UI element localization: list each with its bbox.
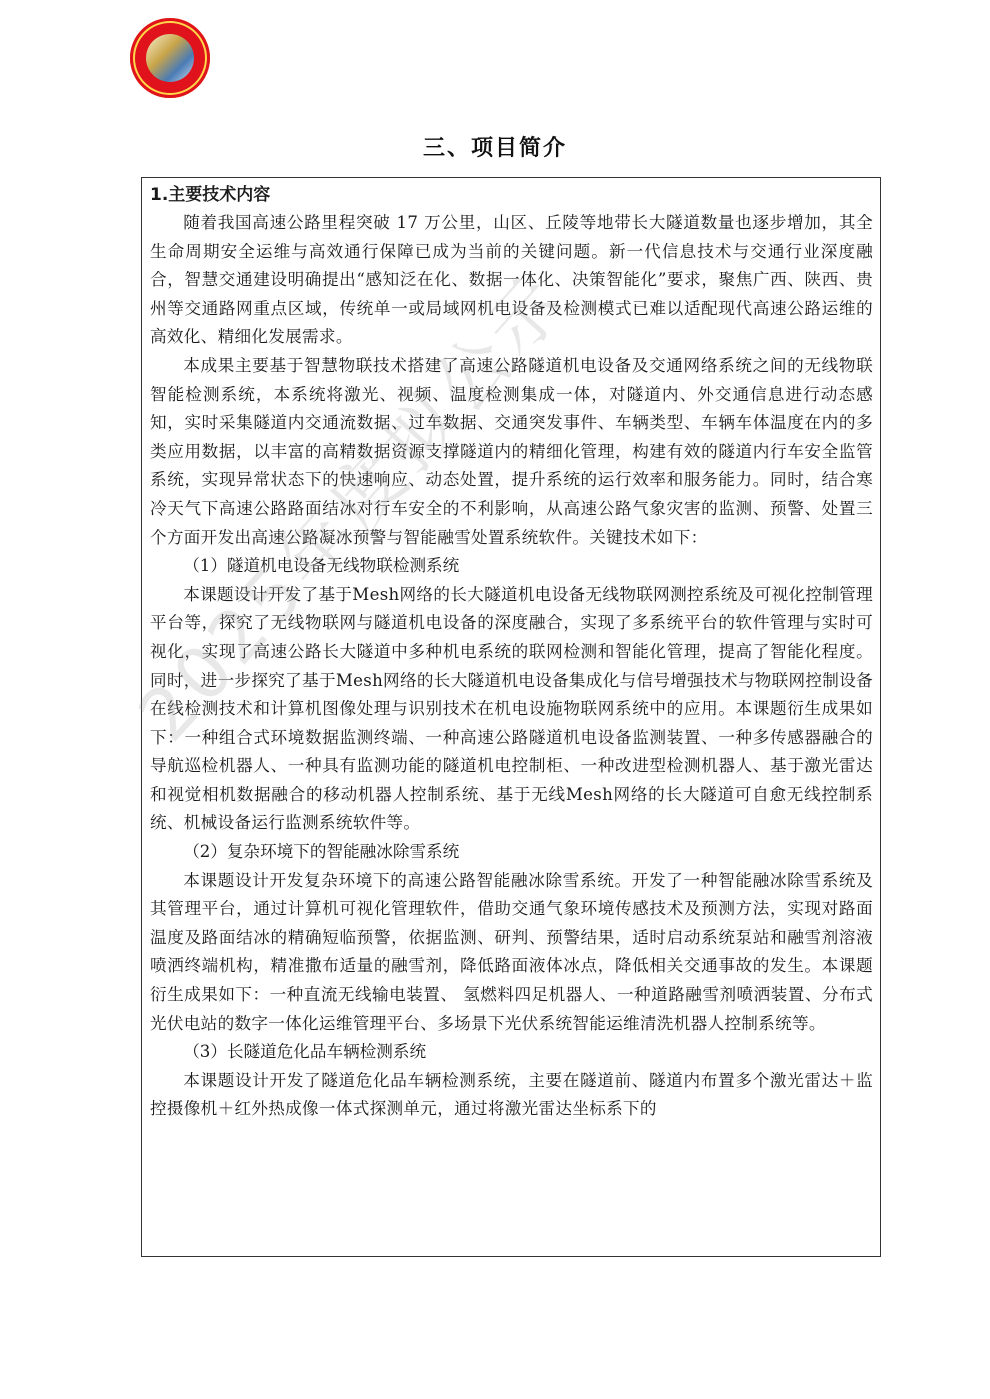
subsection-title-3: （3）长隧道危化品车辆检测系统 xyxy=(150,1038,873,1067)
seal-emblem xyxy=(146,34,194,82)
organization-seal-icon xyxy=(130,18,210,98)
content-box: 1.主要技术内容 随着我国高速公路里程突破 17 万公里，山区、丘陵等地带长大隧… xyxy=(141,177,881,1257)
intro-paragraph: 本成果主要基于智慧物联技术搭建了高速公路隧道机电设备及交通网络系统之间的无线物联… xyxy=(150,352,873,552)
section-heading: 1.主要技术内容 xyxy=(150,182,873,209)
subsection-body-1: 本课题设计开发了基于Mesh网络的长大隧道机电设备无线物联网测控系统及可视化控制… xyxy=(150,581,873,838)
page-title: 三、项目简介 xyxy=(0,131,990,162)
subsection-title-1: （1）隧道机电设备无线物联检测系统 xyxy=(150,552,873,581)
intro-paragraph: 随着我国高速公路里程突破 17 万公里，山区、丘陵等地带长大隧道数量也逐步增加，… xyxy=(150,209,873,352)
subsection-body-3: 本课题设计开发了隧道危化品车辆检测系统，主要在隧道前、隧道内布置多个激光雷达＋监… xyxy=(150,1067,873,1124)
subsection-title-2: （2）复杂环境下的智能融冰除雪系统 xyxy=(150,838,873,867)
subsection-body-2: 本课题设计开发复杂环境下的高速公路智能融冰除雪系统。开发了一种智能融冰除雪系统及… xyxy=(150,867,873,1039)
